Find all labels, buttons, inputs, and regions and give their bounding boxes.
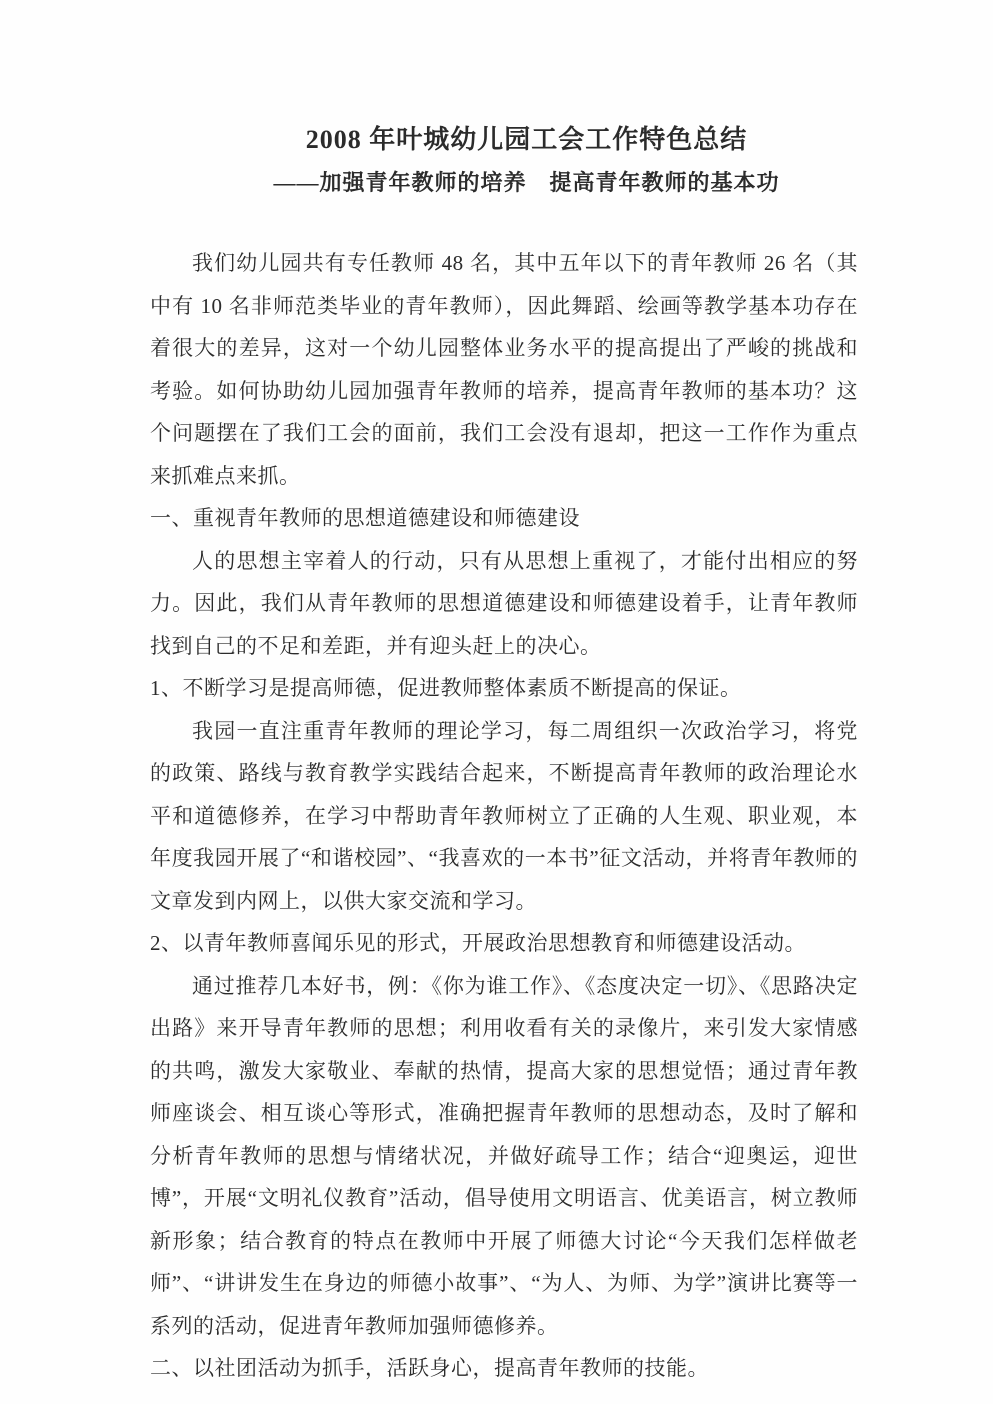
document-subtitle: ——加强青年教师的培养 提高青年教师的基本功: [150, 161, 858, 204]
numbered-subheading: 2、以青年教师喜闻乐见的形式，开展政治思想教育和师德建设活动。: [150, 922, 858, 965]
document-page: 2008 年叶城幼儿园工会工作特色总结 ——加强青年教师的培养 提高青年教师的基…: [0, 0, 993, 1404]
section-heading: 二、以社团活动为抓手，活跃身心，提高青年教师的技能。: [150, 1347, 858, 1390]
paragraph: 人的思想主宰着人的行动，只有从思想上重视了，才能付出相应的努力。因此，我们从青年…: [150, 540, 858, 668]
document-title: 2008 年叶城幼儿园工会工作特色总结: [150, 118, 858, 161]
numbered-subheading: 1、不断学习是提高师德，促进教师整体素质不断提高的保证。: [150, 667, 858, 710]
paragraph: 我们幼儿园共有专任教师 48 名，其中五年以下的青年教师 26 名（其中有 10…: [150, 242, 858, 497]
document-body: 我们幼儿园共有专任教师 48 名，其中五年以下的青年教师 26 名（其中有 10…: [150, 242, 858, 1390]
paragraph: 通过推荐几本好书，例：《你为谁工作》、《态度决定一切》、《思路决定出路》来开导青…: [150, 965, 858, 1348]
paragraph: 我园一直注重青年教师的理论学习，每二周组织一次政治学习，将党的政策、路线与教育教…: [150, 710, 858, 923]
section-heading: 一、重视青年教师的思想道德建设和师德建设: [150, 497, 858, 540]
